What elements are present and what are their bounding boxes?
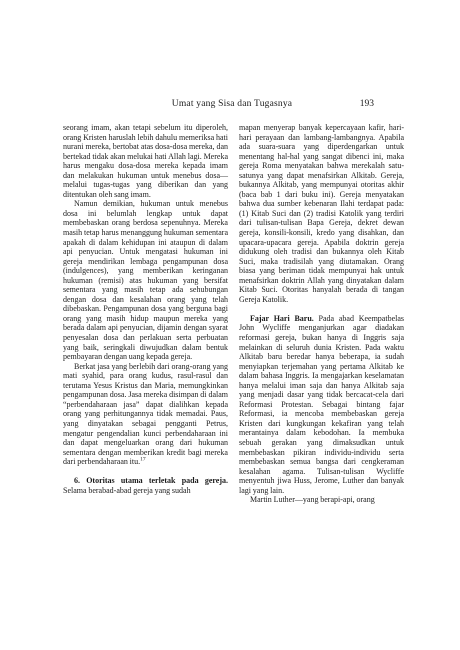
paragraph: Martin Luther—yang berapi-api, orang (239, 495, 404, 505)
running-head-title: Umat yang Sisa dan Tugasnya (62, 98, 402, 110)
page-number: 193 (360, 98, 374, 110)
footnote-reference: 17 (140, 456, 146, 462)
paragraph-continuation: mapan menyerap banyak kepercayaan kafir,… (239, 123, 404, 304)
text-columns: seorang imam, akan tetapi sebelum itu di… (63, 123, 403, 505)
paragraph-continuation: seorang imam, akan tetapi sebelum itu di… (63, 123, 228, 199)
page-header: Umat yang Sisa dan Tugasnya 193 (62, 98, 402, 112)
left-column: seorang imam, akan tetapi sebelum itu di… (63, 123, 228, 505)
paragraph-text: Pada abad Keempatbelas John Wycliffe men… (239, 314, 404, 495)
right-column: mapan menyerap banyak kepercayaan kafir,… (239, 123, 404, 505)
book-page: Umat yang Sisa dan Tugasnya 193 seorang … (0, 0, 460, 650)
paragraph: Namun demikian, hukuman untuk menebus do… (63, 199, 228, 361)
paragraph: Berkat jasa yang berlebih dari orang-ora… (63, 362, 228, 467)
paragraph-text: Berkat jasa yang berlebih dari orang-ora… (63, 362, 228, 466)
paragraph-numbered-section: 6. Otoritas utama terletak pada gereja. … (63, 476, 228, 495)
paragraph-section: Fajar Hari Baru. Pada abad Keempatbelas … (239, 314, 404, 495)
section-heading: 6. Otoritas utama terletak pada gereja. (74, 476, 228, 485)
paragraph-text: Selama berabad-abad gereja yang sudah (63, 486, 191, 495)
section-heading: Fajar Hari Baru. (250, 314, 314, 323)
